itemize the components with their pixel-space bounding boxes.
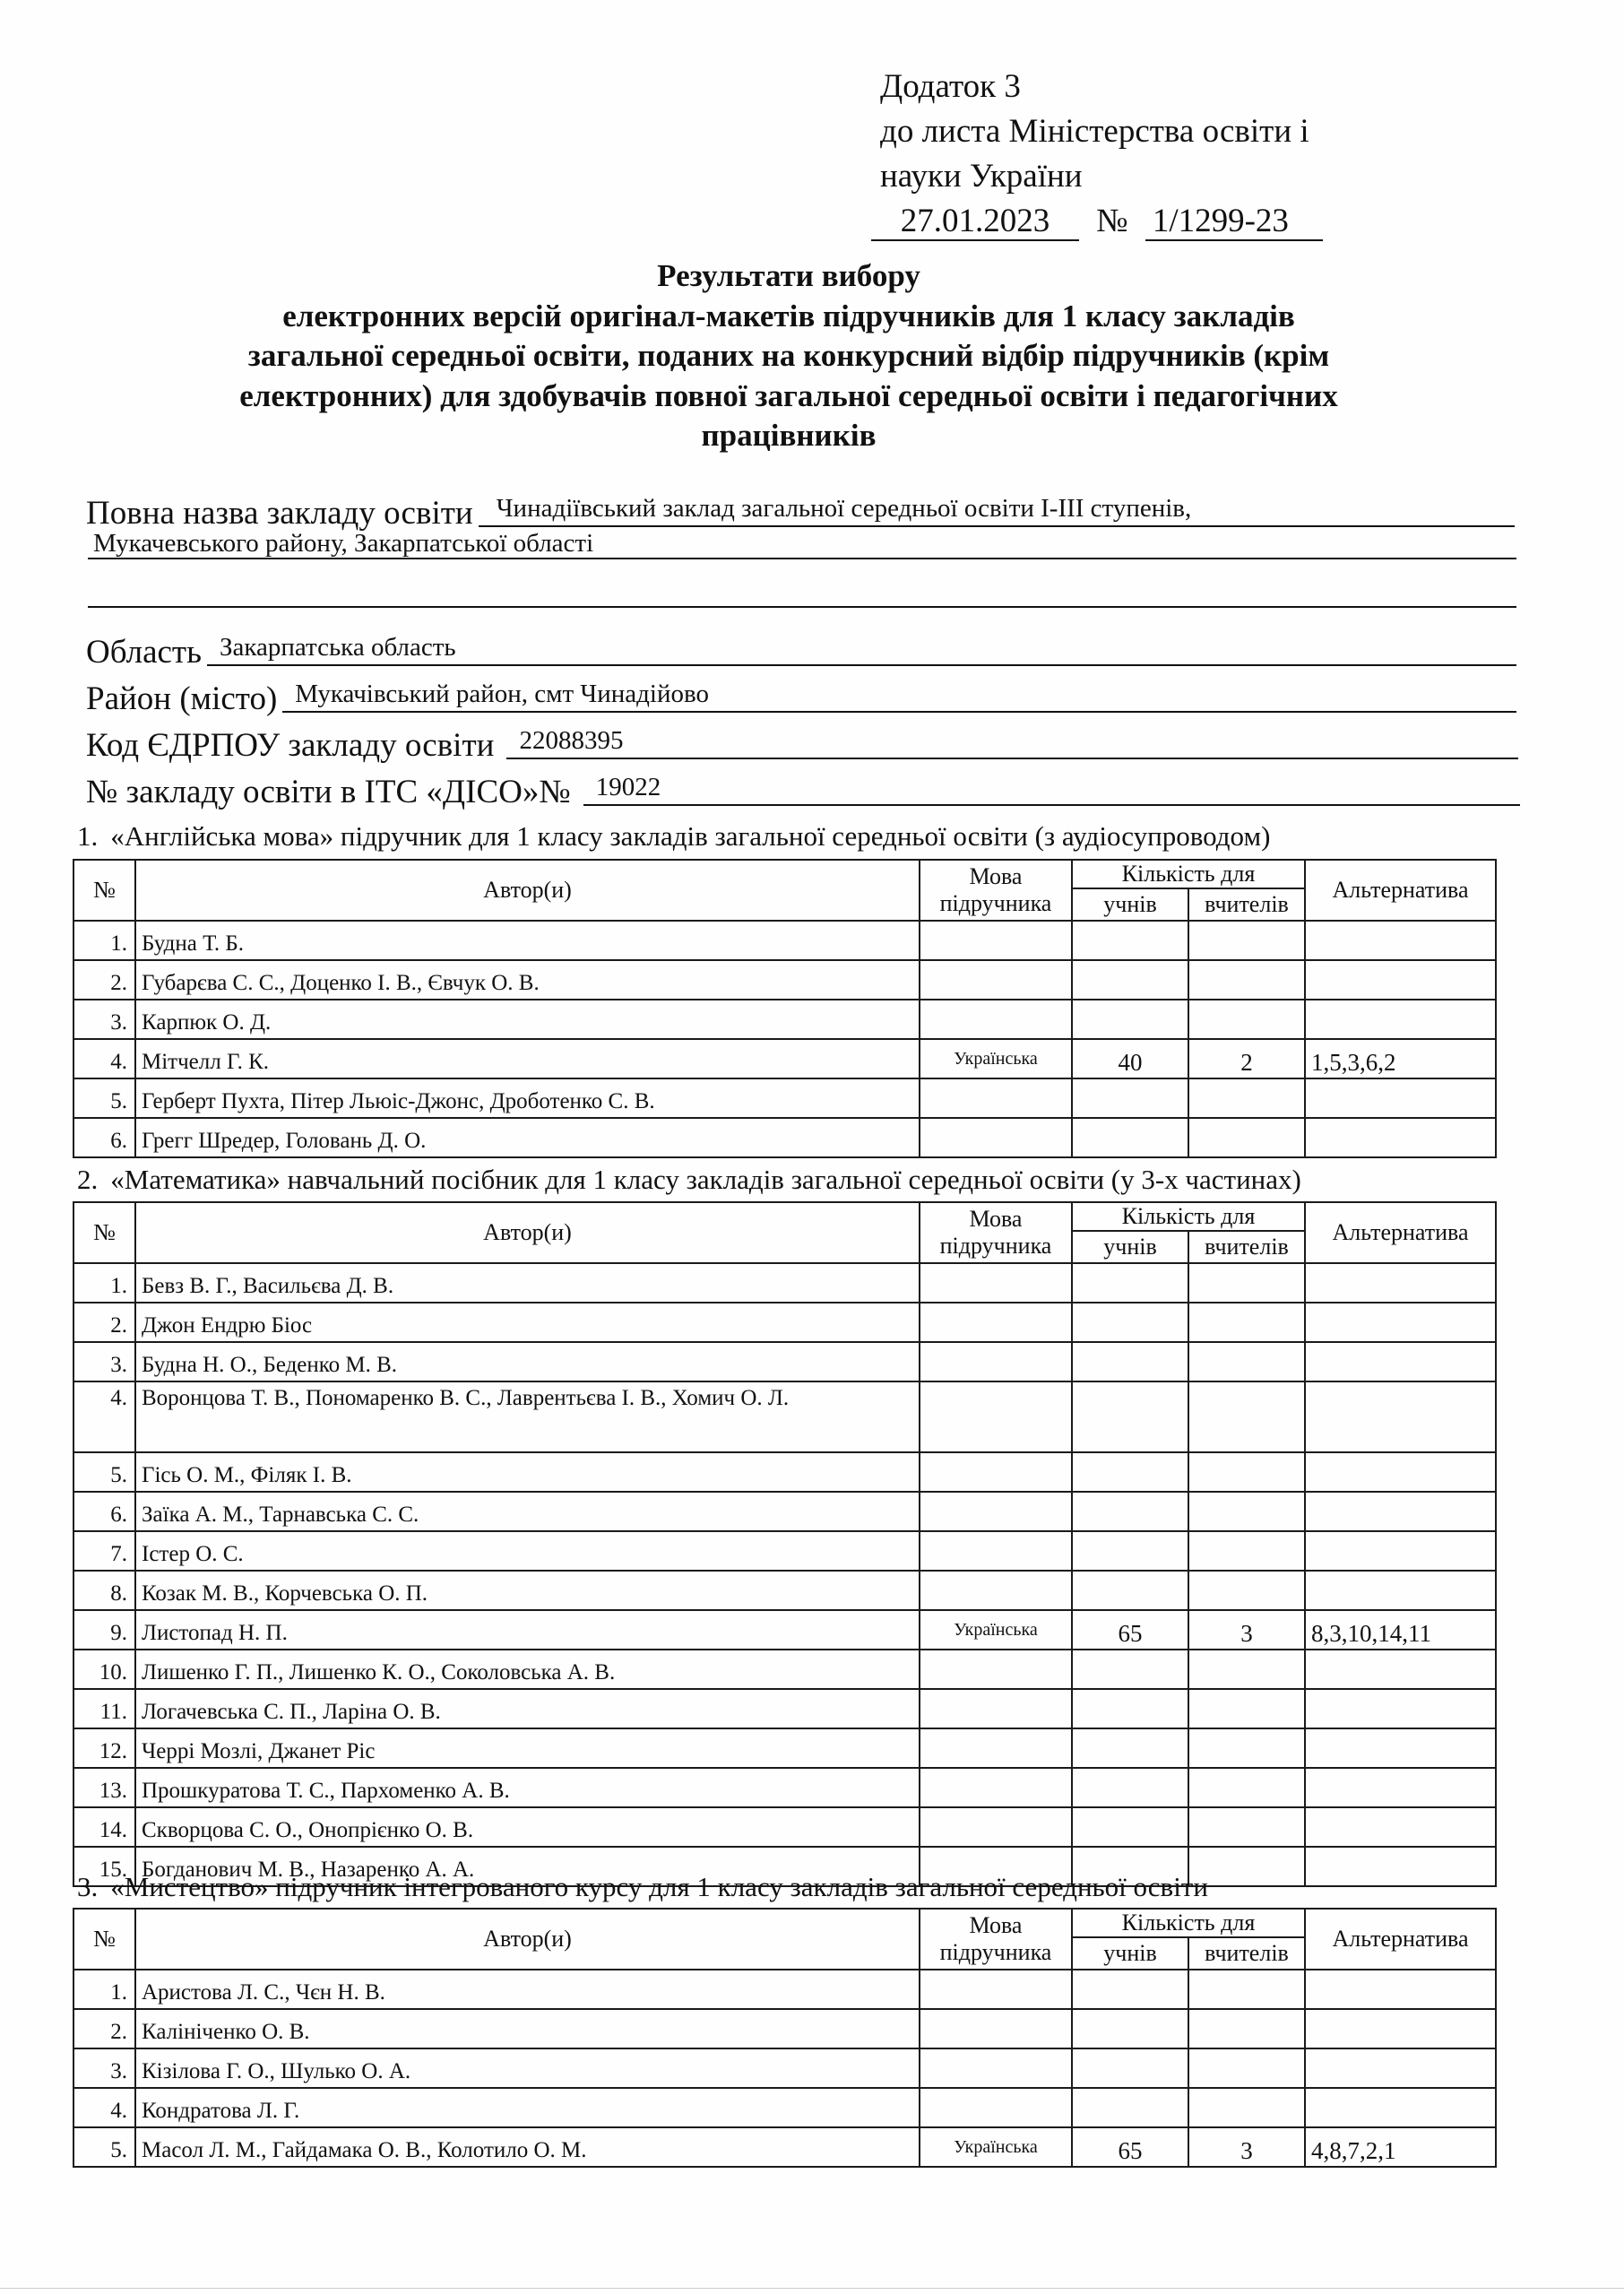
row-authors: Листопад Н. П. (135, 1610, 920, 1650)
row-teachers-count (1188, 960, 1305, 1000)
row-number: 6. (73, 1492, 135, 1531)
annex-reference: 27.01.2023 № 1/1299-23 (871, 199, 1323, 244)
section-number: 2. (77, 1164, 98, 1195)
row-students-count (1072, 1492, 1188, 1531)
header-alternative: Альтернатива (1305, 1202, 1496, 1263)
row-authors: Кізілова Г. О., Шулько О. А. (135, 2048, 920, 2088)
field-oblast: Область Закарпатська область (86, 621, 1516, 671)
row-teachers-count: 2 (1188, 1039, 1305, 1078)
section-title-text: «Математика» навчальний посібник для 1 к… (110, 1164, 1301, 1195)
row-teachers-count (1188, 1970, 1305, 2009)
row-students-count (1072, 1650, 1188, 1689)
row-language (920, 1303, 1072, 1342)
row-number: 3. (73, 1000, 135, 1039)
field-label: Область (86, 633, 202, 671)
row-alternative (1305, 1452, 1496, 1492)
table-row: 4.Воронцова Т. В., Пономаренко В. С., Ла… (73, 1381, 1496, 1452)
row-teachers-count (1188, 2088, 1305, 2127)
row-authors: Логачевська С. П., Ларіна О. В. (135, 1689, 920, 1728)
row-students-count: 65 (1072, 1610, 1188, 1650)
field-full-name: Повна назва закладу освіти Чинадіївський… (86, 482, 1515, 533)
row-number: 5. (73, 1452, 135, 1492)
field-value: 19022 (583, 772, 1520, 806)
row-number: 5. (73, 1078, 135, 1118)
row-language (920, 1571, 1072, 1610)
row-alternative (1305, 1970, 1496, 2009)
header-no: № (73, 1202, 135, 1263)
document-page: Додаток 3 до листа Міністерства освіти і… (0, 0, 1624, 2295)
header-no: № (73, 1909, 135, 1970)
row-authors: Калініченко О. В. (135, 2009, 920, 2048)
underline (88, 606, 1516, 608)
row-language (920, 1078, 1072, 1118)
row-alternative (1305, 921, 1496, 960)
table-row: 3.Кізілова Г. О., Шулько О. А. (73, 2048, 1496, 2088)
row-students-count (1072, 1000, 1188, 1039)
row-students-count (1072, 1571, 1188, 1610)
row-language (920, 921, 1072, 960)
row-number: 2. (73, 1303, 135, 1342)
row-students-count (1072, 1728, 1188, 1768)
row-alternative (1305, 960, 1496, 1000)
row-language (920, 1263, 1072, 1303)
row-alternative (1305, 1847, 1496, 1886)
row-authors: Кондратова Л. Г. (135, 2088, 920, 2127)
row-language: Українська (920, 1610, 1072, 1650)
row-students-count (1072, 1078, 1188, 1118)
table-row: 10.Лишенко Г. П., Лишенко К. О., Соколов… (73, 1650, 1496, 1689)
section-title-text: «Англійська мова» підручник для 1 класу … (110, 820, 1270, 852)
row-language (920, 1118, 1072, 1157)
row-teachers-count: 3 (1188, 2127, 1305, 2167)
header-authors: Автор(и) (135, 1909, 920, 1970)
table-row: 1.Аристова Л. С., Чєн Н. В. (73, 1970, 1496, 2009)
section-number: 1. (77, 820, 98, 852)
row-alternative (1305, 2009, 1496, 2048)
field-value: 22088395 (506, 725, 1518, 759)
table-row: 14.Скворцова С. О., Онопрієнко О. В. (73, 1807, 1496, 1847)
header-students: учнів (1072, 1937, 1188, 1970)
table-row: 5.Масол Л. М., Гайдамака О. В., Колотило… (73, 2127, 1496, 2167)
row-language (920, 1650, 1072, 1689)
row-number: 1. (73, 1263, 135, 1303)
row-students-count (1072, 1118, 1188, 1157)
table-row: 5.Гісь О. М., Філяк І. В. (73, 1452, 1496, 1492)
row-alternative (1305, 1768, 1496, 1807)
row-students-count: 65 (1072, 2127, 1188, 2167)
row-authors: Бевз В. Г., Васильєва Д. В. (135, 1263, 920, 1303)
row-alternative (1305, 1689, 1496, 1728)
row-number: 1. (73, 1970, 135, 2009)
field-label: № закладу освіти в ІТС «ДІСО»№ (86, 773, 571, 811)
row-teachers-count (1188, 1807, 1305, 1847)
row-alternative: 1,5,3,6,2 (1305, 1039, 1496, 1078)
title-line: працівників (90, 416, 1488, 456)
row-students-count: 40 (1072, 1039, 1188, 1078)
row-teachers-count (1188, 1452, 1305, 1492)
field-label: Повна назва закладу освіти (86, 494, 473, 533)
field-value: Мукачівський район, смт Чинадійово (282, 679, 1516, 713)
row-teachers-count (1188, 1689, 1305, 1728)
annex-header: Додаток 3 до листа Міністерства освіти і… (880, 65, 1323, 244)
row-number: 12. (73, 1728, 135, 1768)
row-authors: Герберт Пухта, Пітер Льюіс-Джонс, Дробот… (135, 1078, 920, 1118)
row-number: 5. (73, 2127, 135, 2167)
row-number: 9. (73, 1610, 135, 1650)
row-language (920, 2009, 1072, 2048)
field-itc-number: № закладу освіти в ІТС «ДІСО»№ 19022 (86, 761, 1520, 811)
row-language (920, 1807, 1072, 1847)
textbook-table: № Автор(и) Мова підручника Кількість для… (73, 859, 1497, 1158)
row-alternative (1305, 1381, 1496, 1452)
header-authors: Автор(и) (135, 1202, 920, 1263)
row-authors: Масол Л. М., Гайдамака О. В., Колотило О… (135, 2127, 920, 2167)
section-number: 3. (77, 1871, 98, 1902)
row-authors: Аристова Л. С., Чєн Н. В. (135, 1970, 920, 2009)
textbook-table: № Автор(и) Мова підручника Кількість для… (73, 1201, 1497, 1887)
letter-date: 27.01.2023 (871, 204, 1079, 241)
row-authors: Грегг Шредер, Головань Д. О. (135, 1118, 920, 1157)
section-title: 1.«Англійська мова» підручник для 1 клас… (77, 820, 1270, 853)
row-language (920, 960, 1072, 1000)
header-quantity-for: Кількість для (1072, 860, 1305, 888)
table-row: 11.Логачевська С. П., Ларіна О. В. (73, 1689, 1496, 1728)
table-row: 7.Істер О. С. (73, 1531, 1496, 1571)
field-district: Район (місто) Мукачівський район, смт Чи… (86, 668, 1516, 718)
title-line: Результати вибору (90, 256, 1488, 297)
row-teachers-count (1188, 921, 1305, 960)
row-authors: Воронцова Т. В., Пономаренко В. С., Лавр… (135, 1381, 920, 1452)
row-alternative (1305, 1263, 1496, 1303)
row-alternative (1305, 2088, 1496, 2127)
row-students-count (1072, 1970, 1188, 2009)
row-teachers-count (1188, 1768, 1305, 1807)
row-language: Українська (920, 2127, 1072, 2167)
row-number: 11. (73, 1689, 135, 1728)
table-row: 3.Будна Н. О., Беденко М. В. (73, 1342, 1496, 1381)
row-teachers-count (1188, 1263, 1305, 1303)
row-language (920, 2048, 1072, 2088)
row-teachers-count (1188, 1118, 1305, 1157)
row-students-count (1072, 2088, 1188, 2127)
row-authors: Істер О. С. (135, 1531, 920, 1571)
section-title: 2.«Математика» навчальний посібник для 1… (77, 1164, 1301, 1196)
row-students-count (1072, 1381, 1188, 1452)
textbook-table: № Автор(и) Мова підручника Кількість для… (73, 1908, 1497, 2168)
row-number: 4. (73, 2088, 135, 2127)
document-title: Результати вибору електронних версій ори… (90, 256, 1488, 456)
row-authors: Мітчелл Г. К. (135, 1039, 920, 1078)
header-alternative: Альтернатива (1305, 1909, 1496, 1970)
row-students-count (1072, 1263, 1188, 1303)
row-authors: Скворцова С. О., Онопрієнко О. В. (135, 1807, 920, 1847)
row-alternative: 4,8,7,2,1 (1305, 2127, 1496, 2167)
field-label: Район (місто) (86, 680, 277, 718)
row-teachers-count (1188, 1381, 1305, 1452)
row-alternative (1305, 2048, 1496, 2088)
row-number: 4. (73, 1039, 135, 1078)
number-sign: № (1096, 203, 1127, 239)
row-alternative: 8,3,10,14,11 (1305, 1610, 1496, 1650)
row-language (920, 1728, 1072, 1768)
title-line: електронних) для здобувачів повної загал… (90, 377, 1488, 417)
row-alternative (1305, 1728, 1496, 1768)
title-line: електронних версій оригінал-макетів підр… (90, 297, 1488, 337)
table-row: 1.Бевз В. Г., Васильєва Д. В. (73, 1263, 1496, 1303)
title-line: загальної середньої освіти, поданих на к… (90, 336, 1488, 377)
row-alternative (1305, 1118, 1496, 1157)
row-authors: Прошкуратова Т. С., Пархоменко А. В. (135, 1768, 920, 1807)
table-row: 6.Заїка А. М., Тарнавська С. С. (73, 1492, 1496, 1531)
row-authors: Губарєва С. С., Доценко І. В., Євчук О. … (135, 960, 920, 1000)
row-alternative (1305, 1000, 1496, 1039)
row-authors: Заїка А. М., Тарнавська С. С. (135, 1492, 920, 1531)
row-teachers-count (1188, 1571, 1305, 1610)
row-language (920, 1768, 1072, 1807)
table-row: 5.Герберт Пухта, Пітер Льюіс-Джонс, Дроб… (73, 1078, 1496, 1118)
row-authors: Гісь О. М., Філяк І. В. (135, 1452, 920, 1492)
field-edrpou: Код ЄДРПОУ закладу освіти 22088395 (86, 714, 1518, 765)
scan-edge (0, 2288, 1624, 2289)
row-teachers-count: 3 (1188, 1610, 1305, 1650)
annex-ministry-line: науки України (880, 154, 1323, 199)
section-title-text: «Мистецтво» підручник інтегрованого курс… (110, 1871, 1208, 1902)
row-language (920, 1689, 1072, 1728)
header-students: учнів (1072, 1231, 1188, 1263)
row-number: 8. (73, 1571, 135, 1610)
row-authors: Будна Т. Б. (135, 921, 920, 960)
row-language (920, 1000, 1072, 1039)
row-number: 7. (73, 1531, 135, 1571)
table-row: 2.Калініченко О. В. (73, 2009, 1496, 2048)
field-label: Код ЄДРПОУ закладу освіти (86, 726, 494, 765)
header-teachers: вчителів (1188, 1937, 1305, 1970)
row-language: Українська (920, 1039, 1072, 1078)
row-language (920, 1342, 1072, 1381)
row-teachers-count (1188, 1342, 1305, 1381)
header-quantity-for: Кількість для (1072, 1909, 1305, 1937)
row-authors: Козак М. В., Корчевська О. П. (135, 1571, 920, 1610)
table-row: 13.Прошкуратова Т. С., Пархоменко А. В. (73, 1768, 1496, 1807)
header-no: № (73, 860, 135, 921)
row-students-count (1072, 2009, 1188, 2048)
row-number: 2. (73, 960, 135, 1000)
table-row: 1.Будна Т. Б. (73, 921, 1496, 960)
row-teachers-count (1188, 1303, 1305, 1342)
row-teachers-count (1188, 1650, 1305, 1689)
row-students-count (1072, 1807, 1188, 1847)
row-teachers-count (1188, 2048, 1305, 2088)
header-language: Мова підручника (920, 860, 1072, 921)
row-teachers-count (1188, 1531, 1305, 1571)
table-row: 9.Листопад Н. П.Українська6538,3,10,14,1… (73, 1610, 1496, 1650)
table-row: 2.Губарєва С. С., Доценко І. В., Євчук О… (73, 960, 1496, 1000)
table-row: 2.Джон Ендрю Біос (73, 1303, 1496, 1342)
table-row: 12.Черрі Мозлі, Джанет Ріс (73, 1728, 1496, 1768)
row-authors: Черрі Мозлі, Джанет Ріс (135, 1728, 920, 1768)
row-number: 3. (73, 1342, 135, 1381)
row-students-count (1072, 1768, 1188, 1807)
row-students-count (1072, 1531, 1188, 1571)
row-language (920, 1492, 1072, 1531)
row-students-count (1072, 1452, 1188, 1492)
row-teachers-count (1188, 2009, 1305, 2048)
row-number: 3. (73, 2048, 135, 2088)
row-students-count (1072, 1342, 1188, 1381)
table-row: 8.Козак М. В., Корчевська О. П. (73, 1571, 1496, 1610)
annex-letter-line: до листа Міністерства освіти і (880, 109, 1323, 154)
row-alternative (1305, 1303, 1496, 1342)
row-teachers-count (1188, 1492, 1305, 1531)
row-number: 13. (73, 1768, 135, 1807)
field-value-continued: Мукачевського району, Закарпатської обла… (93, 529, 593, 559)
row-number: 14. (73, 1807, 135, 1847)
row-teachers-count (1188, 1000, 1305, 1039)
row-teachers-count (1188, 1078, 1305, 1118)
row-alternative (1305, 1531, 1496, 1571)
header-authors: Автор(и) (135, 860, 920, 921)
table-row: 6.Грегг Шредер, Головань Д. О. (73, 1118, 1496, 1157)
row-students-count (1072, 1689, 1188, 1728)
section-title: 3.«Мистецтво» підручник інтегрованого ку… (77, 1871, 1208, 1903)
row-authors: Лишенко Г. П., Лишенко К. О., Соколовськ… (135, 1650, 920, 1689)
row-alternative (1305, 1650, 1496, 1689)
header-teachers: вчителів (1188, 1231, 1305, 1263)
row-language (920, 1531, 1072, 1571)
letter-number: 1/1299-23 (1145, 204, 1323, 241)
header-teachers: вчителів (1188, 888, 1305, 921)
row-alternative (1305, 1078, 1496, 1118)
row-alternative (1305, 1571, 1496, 1610)
row-authors: Джон Ендрю Біос (135, 1303, 920, 1342)
row-teachers-count (1188, 1728, 1305, 1768)
row-alternative (1305, 1807, 1496, 1847)
row-authors: Будна Н. О., Беденко М. В. (135, 1342, 920, 1381)
row-students-count (1072, 960, 1188, 1000)
header-quantity-for: Кількість для (1072, 1202, 1305, 1231)
row-number: 10. (73, 1650, 135, 1689)
row-students-count (1072, 921, 1188, 960)
row-language (920, 1381, 1072, 1452)
row-alternative (1305, 1492, 1496, 1531)
table-row: 4.Мітчелл Г. К.Українська4021,5,3,6,2 (73, 1039, 1496, 1078)
table-row: 3.Карпюк О. Д. (73, 1000, 1496, 1039)
row-language (920, 2088, 1072, 2127)
field-value: Чинадіївський заклад загальної середньої… (479, 493, 1515, 527)
annex-title: Додаток 3 (880, 65, 1323, 109)
row-students-count (1072, 2048, 1188, 2088)
row-alternative (1305, 1342, 1496, 1381)
header-language: Мова підручника (920, 1202, 1072, 1263)
row-authors: Карпюк О. Д. (135, 1000, 920, 1039)
row-language (920, 1452, 1072, 1492)
field-value: Закарпатська область (207, 632, 1516, 666)
header-alternative: Альтернатива (1305, 860, 1496, 921)
row-number: 2. (73, 2009, 135, 2048)
header-language: Мова підручника (920, 1909, 1072, 1970)
row-number: 4. (73, 1381, 135, 1452)
row-students-count (1072, 1303, 1188, 1342)
header-students: учнів (1072, 888, 1188, 921)
row-number: 1. (73, 921, 135, 960)
table-row: 4.Кондратова Л. Г. (73, 2088, 1496, 2127)
row-number: 6. (73, 1118, 135, 1157)
row-language (920, 1970, 1072, 2009)
